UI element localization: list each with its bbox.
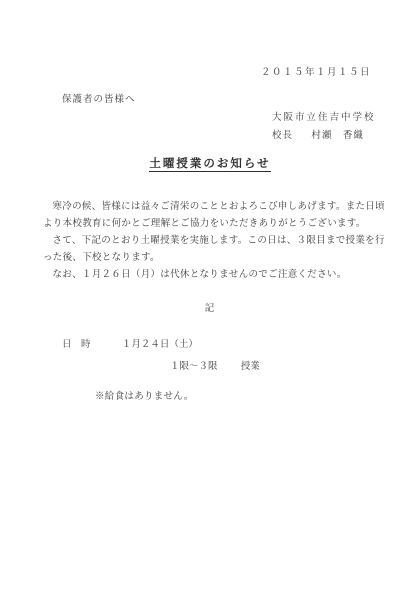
- sender-name: 村瀬 香織: [311, 131, 364, 141]
- body-paragraph3: なお、１月２６日（月）は代休となりませんのでご注意ください。: [43, 266, 347, 280]
- body-paragraph2-line2: った後、下校となります。: [43, 249, 160, 263]
- schedule-label: 日 時: [62, 340, 91, 350]
- periods-range: １限～３限: [170, 362, 218, 372]
- recipient-line: 保護者の皆様へ: [62, 91, 136, 105]
- sender-school-name: 大阪市立住吉中学校: [272, 109, 376, 123]
- record-marker: 記: [0, 300, 420, 314]
- sender-role: 校長: [272, 131, 293, 141]
- letter-page: ２０１５年１月１５日 保護者の皆様へ 大阪市立住吉中学校 校長 村瀬 香織 土曜…: [0, 0, 420, 594]
- letter-date: ２０１５年１月１５日: [261, 64, 371, 78]
- letter-title: 土曜授業のお知らせ: [0, 155, 420, 171]
- body-paragraph1-line1: 寒冷の候、皆様には益々ご清栄のこととおよろこび申しあげます。また日頃: [43, 198, 385, 212]
- body-paragraph2-line1: さて、下記のとおり土曜授業を実施します。この日は、３限目まで授業を行: [43, 232, 385, 246]
- periods-row: １限～３限 授業: [170, 358, 260, 372]
- schedule-date-value: １月２４日（土）: [122, 340, 198, 350]
- schedule-row: 日 時 １月２４日（土）: [62, 336, 198, 350]
- sender-principal-line: 校長 村瀬 香織: [272, 127, 364, 141]
- letter-title-text: 土曜授業のお知らせ: [149, 158, 270, 172]
- body-paragraph1-line2: より本校教育に何かとご理解とご協力をいただきありがとうございます。: [43, 215, 366, 229]
- lunch-note: ※給食はありません。: [95, 388, 194, 402]
- periods-activity: 授業: [241, 362, 260, 372]
